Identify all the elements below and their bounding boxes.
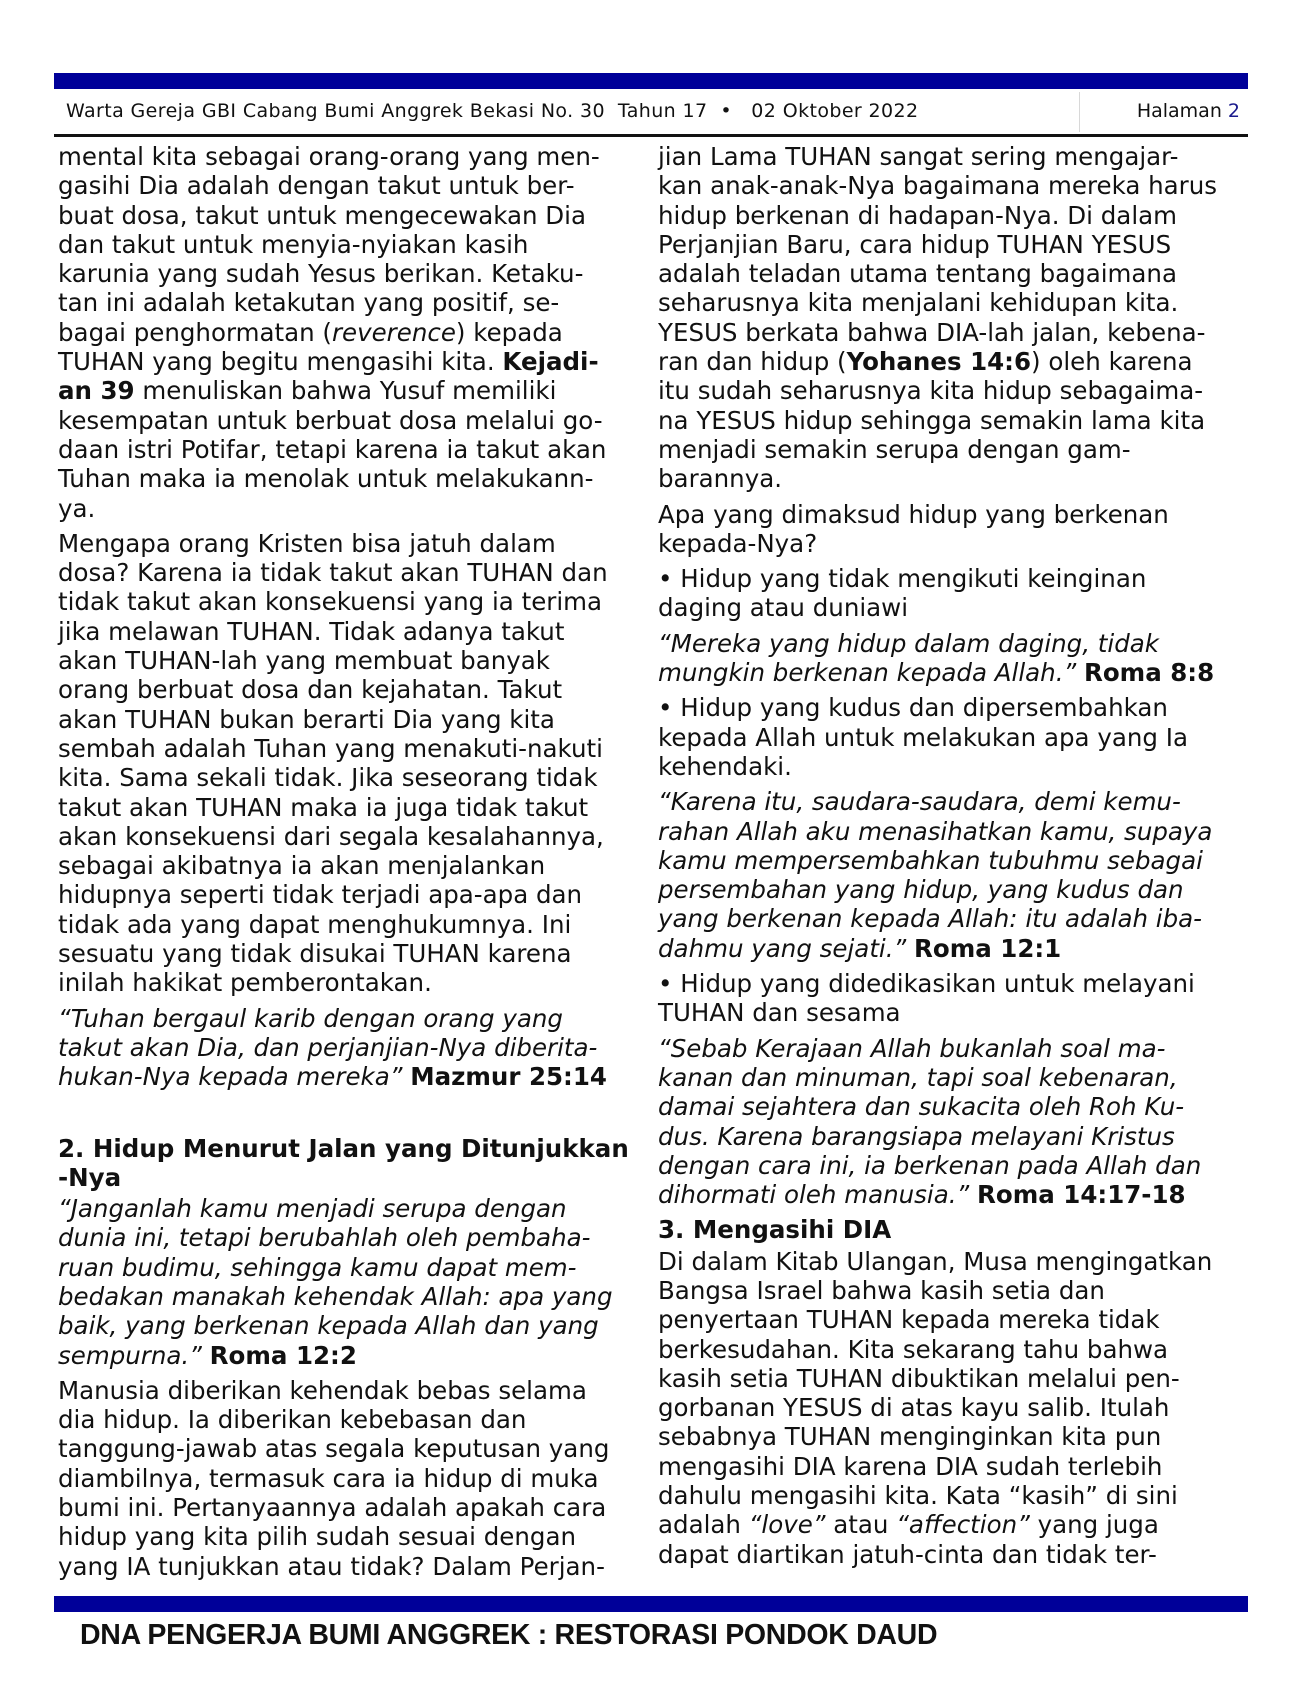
quote-line: persembahan yang hidup, yang kudus dan [658, 875, 1243, 904]
text-line: ya. [58, 494, 638, 523]
text-line: akan konsekuensi dari segala kesalahanny… [58, 822, 638, 851]
scripture-reference: Roma 14:17-18 [977, 1180, 1186, 1209]
page-header: Warta Gereja GBI Cabang Bumi Anggrek Bek… [54, 92, 1248, 132]
text-line: ran dan hidup (Yohanes 14:6) oleh karena [658, 347, 1243, 376]
bullet-item-1: • Hidup yang tidak mengikuti keinginan d… [658, 564, 1243, 623]
text-line: barannya. [658, 464, 1243, 493]
text-line: gorbanan YESUS di atas kayu salib. Itula… [658, 1393, 1243, 1422]
text-line: akan TUHAN-lah yang membuat banyak [58, 646, 638, 675]
text-line: kehendaki. [658, 752, 1243, 781]
quote-line: “Janganlah kamu menjadi serupa dengan [58, 1194, 638, 1223]
scripture-reference: Yohanes 14:6 [847, 347, 1031, 376]
bulletin-info: Warta Gereja GBI Cabang Bumi Anggrek Bek… [66, 100, 919, 122]
quote-line: damai sejahtera dan sukacita oleh Roh Ku… [658, 1092, 1243, 1121]
text-line: takut akan TUHAN maka ia juga tidak taku… [58, 793, 638, 822]
quote-line: “Karena itu, saudara-saudara, demi kemu- [658, 787, 1243, 816]
right-column: jian Lama TUHAN sangat sering mengajar- … [658, 142, 1243, 1575]
heading-line: -Nya [58, 1163, 638, 1192]
text-line: an 39 menuliskan bahwa Yusuf memiliki [58, 376, 638, 405]
text-line: dosa? Karena ia tidak takut akan TUHAN d… [58, 558, 638, 587]
quote-line: dihormati oleh manusia.” Roma 14:17-18 [658, 1180, 1243, 1209]
header-divider [1079, 92, 1080, 132]
text-line: gasihi Dia adalah dengan takut untuk ber… [58, 171, 638, 200]
text-line: dia hidup. Ia diberikan kebebasan dan [58, 1405, 638, 1434]
text: menuliskan bahwa Yusuf memiliki [135, 376, 557, 405]
text-line: Mengapa orang Kristen bisa jatuh dalam [58, 529, 638, 558]
heading-line: 3. Mengasihi DIA [658, 1215, 1243, 1244]
quote-roma-8-8: “Mereka yang hidup dalam daging, tidak m… [658, 629, 1243, 688]
quote-line: “Mereka yang hidup dalam daging, tidak [658, 629, 1243, 658]
text-line: Di dalam Kitab Ulangan, Musa mengingatka… [658, 1247, 1243, 1276]
text-line: yang IA tunjukkan atau tidak? Dalam Perj… [58, 1552, 638, 1581]
text-line: hidup berkenan di hadapan-Nya. Di dalam [658, 201, 1243, 230]
quote-line: “Sebab Kerajaan Allah bukanlah soal ma- [658, 1034, 1243, 1063]
text-line: YESUS berkata bahwa DIA-lah jalan, keben… [658, 318, 1243, 347]
text-line: TUHAN dan sesama [658, 998, 1243, 1027]
bullet-item-3: • Hidup yang didedikasikan untuk melayan… [658, 969, 1243, 1028]
text-line: tidak takut akan konsekuensi yang ia ter… [58, 587, 638, 616]
text-line: jian Lama TUHAN sangat sering mengajar- [658, 142, 1243, 171]
quote-line: rahan Allah aku menasihatkan kamu, supay… [658, 817, 1243, 846]
footer-accent-bar [54, 1596, 1248, 1612]
header-rule [54, 134, 1248, 137]
text-line: • Hidup yang kudus dan dipersembahkan [658, 693, 1243, 722]
text: bagai penghormatan ( [58, 318, 332, 347]
quote-text: mungkin berkenan kepada Allah.” [658, 658, 1084, 687]
text: atau [825, 1510, 896, 1539]
quote-line: “Tuhan bergaul karib dengan orang yang [58, 1004, 638, 1033]
text-line: kasih setia TUHAN dibuktikan melalui pen… [658, 1364, 1243, 1393]
text-line: Perjanjian Baru, cara hidup TUHAN YESUS [658, 230, 1243, 259]
text: ) kepada [456, 318, 563, 347]
quote-line: bedakan manakah kehendak Allah: apa yang [58, 1282, 638, 1311]
text-line: hidupnya seperti tidak terjadi apa-apa d… [58, 880, 638, 909]
text-line: karunia yang sudah Yesus berikan. Ketaku… [58, 259, 638, 288]
text-line: jika melawan TUHAN. Tidak adanya takut [58, 617, 638, 646]
text: yang juga [1030, 1510, 1159, 1539]
page-label: Halaman [1137, 100, 1228, 122]
quote-line: dengan cara ini, ia berkenan pada Allah … [658, 1151, 1243, 1180]
section-heading-3: 3. Mengasihi DIA [658, 1215, 1243, 1244]
scripture-reference: Roma 12:1 [914, 934, 1061, 963]
text-line: akan TUHAN bukan berarti Dia yang kita [58, 705, 638, 734]
text-line: orang berbuat dosa dan kejahatan. Takut [58, 675, 638, 704]
text-line: dan takut untuk menyia-nyiakan kasih [58, 230, 638, 259]
quote-line: ruan budimu, sehingga kamu dapat mem- [58, 1253, 638, 1282]
text-line: inilah hakikat pemberontakan. [58, 968, 638, 997]
text-line: kan anak-anak-Nya bagaimana mereka harus [658, 171, 1243, 200]
text-line: sebabnya TUHAN menginginkan kita pun [658, 1422, 1243, 1451]
quote-text: sempurna.” [58, 1341, 210, 1370]
text-line: bagai penghormatan (reverence) kepada [58, 318, 638, 347]
text-line: dahulu mengasihi kita. Kata “kasih” di s… [658, 1481, 1243, 1510]
text-line: daan istri Potifar, tetapi karena ia tak… [58, 435, 638, 464]
left-column: mental kita sebagai orang-orang yang men… [58, 142, 638, 1587]
text-line: kita. Sama sekali tidak. Jika seseorang … [58, 763, 638, 792]
text-line: sembah adalah Tuhan yang menakuti-nakuti [58, 734, 638, 763]
quote-text: dahmu yang sejati.” [658, 934, 914, 963]
text-line: mengasihi DIA karena DIA sudah terlebih [658, 1452, 1243, 1481]
text-line: na YESUS hidup sehingga semakin lama kit… [658, 406, 1243, 435]
text: adalah [658, 1510, 749, 1539]
quote-line: sempurna.” Roma 12:2 [58, 1341, 638, 1370]
text-line: diambilnya, termasuk cara ia hidup di mu… [58, 1464, 638, 1493]
text: ) oleh karena [1031, 347, 1192, 376]
scripture-reference: Roma 8:8 [1084, 658, 1214, 687]
text: ran dan hidup ( [658, 347, 847, 376]
header-accent-bar [54, 73, 1248, 89]
text-line: • Hidup yang tidak mengikuti keinginan [658, 564, 1243, 593]
quote-roma-14-17: “Sebab Kerajaan Allah bukanlah soal ma- … [658, 1034, 1243, 1210]
text-line: adalah “love” atau “affection” yang juga [658, 1510, 1243, 1539]
scripture-reference: Mazmur 25:14 [410, 1062, 607, 1091]
text-line: tidak ada yang dapat menghukumnya. Ini [58, 910, 638, 939]
paragraph-why-christians-sin: Mengapa orang Kristen bisa jatuh dalam d… [58, 529, 638, 998]
heading-line: 2. Hidup Menurut Jalan yang Ditunjukkan [58, 1134, 638, 1163]
quote-line: mungkin berkenan kepada Allah.” Roma 8:8 [658, 658, 1243, 687]
text-line: tanggung-jawab atas segala keputusan yan… [58, 1434, 638, 1463]
italic-term: “love” [749, 1510, 826, 1539]
text-line: buat dosa, takut untuk mengecewakan Dia [58, 201, 638, 230]
quote-mazmur: “Tuhan bergaul karib dengan orang yang t… [58, 1004, 638, 1092]
scripture-reference: Kejadi- [502, 347, 598, 376]
paragraph-old-new-testament: jian Lama TUHAN sangat sering mengajar- … [658, 142, 1243, 494]
text-line: Manusia diberikan kehendak bebas selama [58, 1376, 638, 1405]
text-line: sesuatu yang tidak disukai TUHAN karena [58, 939, 638, 968]
quote-line: dunia ini, tetapi berubahlah oleh pembah… [58, 1223, 638, 1252]
quote-text: dihormati oleh manusia.” [658, 1180, 977, 1209]
text-line: TUHAN yang begitu mengasihi kita. Kejadi… [58, 347, 638, 376]
text-line: tan ini adalah ketakutan yang positif, s… [58, 288, 638, 317]
text-line: kepada Allah untuk melakukan apa yang Ia [658, 723, 1243, 752]
bullet-item-2: • Hidup yang kudus dan dipersembahkan ke… [658, 693, 1243, 781]
section-heading-2: 2. Hidup Menurut Jalan yang Ditunjukkan … [58, 1134, 638, 1193]
quote-roma-12-1: “Karena itu, saudara-saudara, demi kemu-… [658, 787, 1243, 963]
text-line: daging atau duniawi [658, 593, 1243, 622]
quote-line: baik, yang berkenan kepada Allah dan yan… [58, 1311, 638, 1340]
text: TUHAN yang begitu mengasihi kita. [58, 347, 502, 376]
text-line: mental kita sebagai orang-orang yang men… [58, 142, 638, 171]
paragraph-free-will: Manusia diberikan kehendak bebas selama … [58, 1376, 638, 1581]
spacer [58, 1098, 638, 1134]
page-number: 2 [1228, 100, 1240, 122]
text-line: penyertaan TUHAN kepada mereka tidak [658, 1305, 1243, 1334]
text-line: adalah teladan utama tentang bagaimana [658, 259, 1243, 288]
italic-term: “affection” [896, 1510, 1030, 1539]
italic-term: reverence [332, 318, 456, 347]
text-line: Tuhan maka ia menolak untuk melakukann- [58, 464, 638, 493]
text-line: hidup yang kita pilih sudah sesuai denga… [58, 1522, 638, 1551]
footer-motto: DNA PENGERJA BUMI ANGGREK : RESTORASI PO… [80, 1619, 937, 1652]
quote-line: kamu mempersembahkan tubuhmu sebagai [658, 846, 1243, 875]
quote-line: yang berkenan kepada Allah: itu adalah i… [658, 904, 1243, 933]
paragraph-fear-of-god: mental kita sebagai orang-orang yang men… [58, 142, 638, 523]
scripture-reference: an 39 [58, 376, 135, 405]
text-line: Bangsa Israel bahwa kasih setia dan [658, 1276, 1243, 1305]
page-indicator: Halaman 2 [1137, 100, 1240, 122]
text-line: Apa yang dimaksud hidup yang berkenan [658, 500, 1243, 529]
text-line: sebagai akibatnya ia akan menjalankan [58, 851, 638, 880]
text-line: dapat diartikan jatuh-cinta dan tidak te… [658, 1540, 1243, 1569]
paragraph-love-him: Di dalam Kitab Ulangan, Musa mengingatka… [658, 1247, 1243, 1569]
quote-line: dus. Karena barangsiapa melayani Kristus [658, 1122, 1243, 1151]
text-line: kepada-Nya? [658, 529, 1243, 558]
quote-line: hukan-Nya kepada mereka” Mazmur 25:14 [58, 1062, 638, 1091]
text-line: itu sudah seharusnya kita hidup sebagaim… [658, 376, 1243, 405]
quote-roma-12-2: “Janganlah kamu menjadi serupa dengan du… [58, 1194, 638, 1370]
text-line: menjadi semakin serupa dengan gam- [658, 435, 1243, 464]
quote-line: takut akan Dia, dan perjanjian-Nya diber… [58, 1033, 638, 1062]
quote-text: hukan-Nya kepada mereka” [58, 1062, 410, 1091]
text-line: bumi ini. Pertanyaannya adalah apakah ca… [58, 1493, 638, 1522]
quote-line: dahmu yang sejati.” Roma 12:1 [658, 934, 1243, 963]
text-line: seharusnya kita menjalani kehidupan kita… [658, 288, 1243, 317]
quote-line: kanan dan minuman, tapi soal kebenaran, [658, 1063, 1243, 1092]
text-line: berkesudahan. Kita sekarang tahu bahwa [658, 1335, 1243, 1364]
question-paragraph: Apa yang dimaksud hidup yang berkenan ke… [658, 500, 1243, 559]
text-line: • Hidup yang didedikasikan untuk melayan… [658, 969, 1243, 998]
scripture-reference: Roma 12:2 [210, 1341, 357, 1370]
text-line: kesempatan untuk berbuat dosa melalui go… [58, 406, 638, 435]
